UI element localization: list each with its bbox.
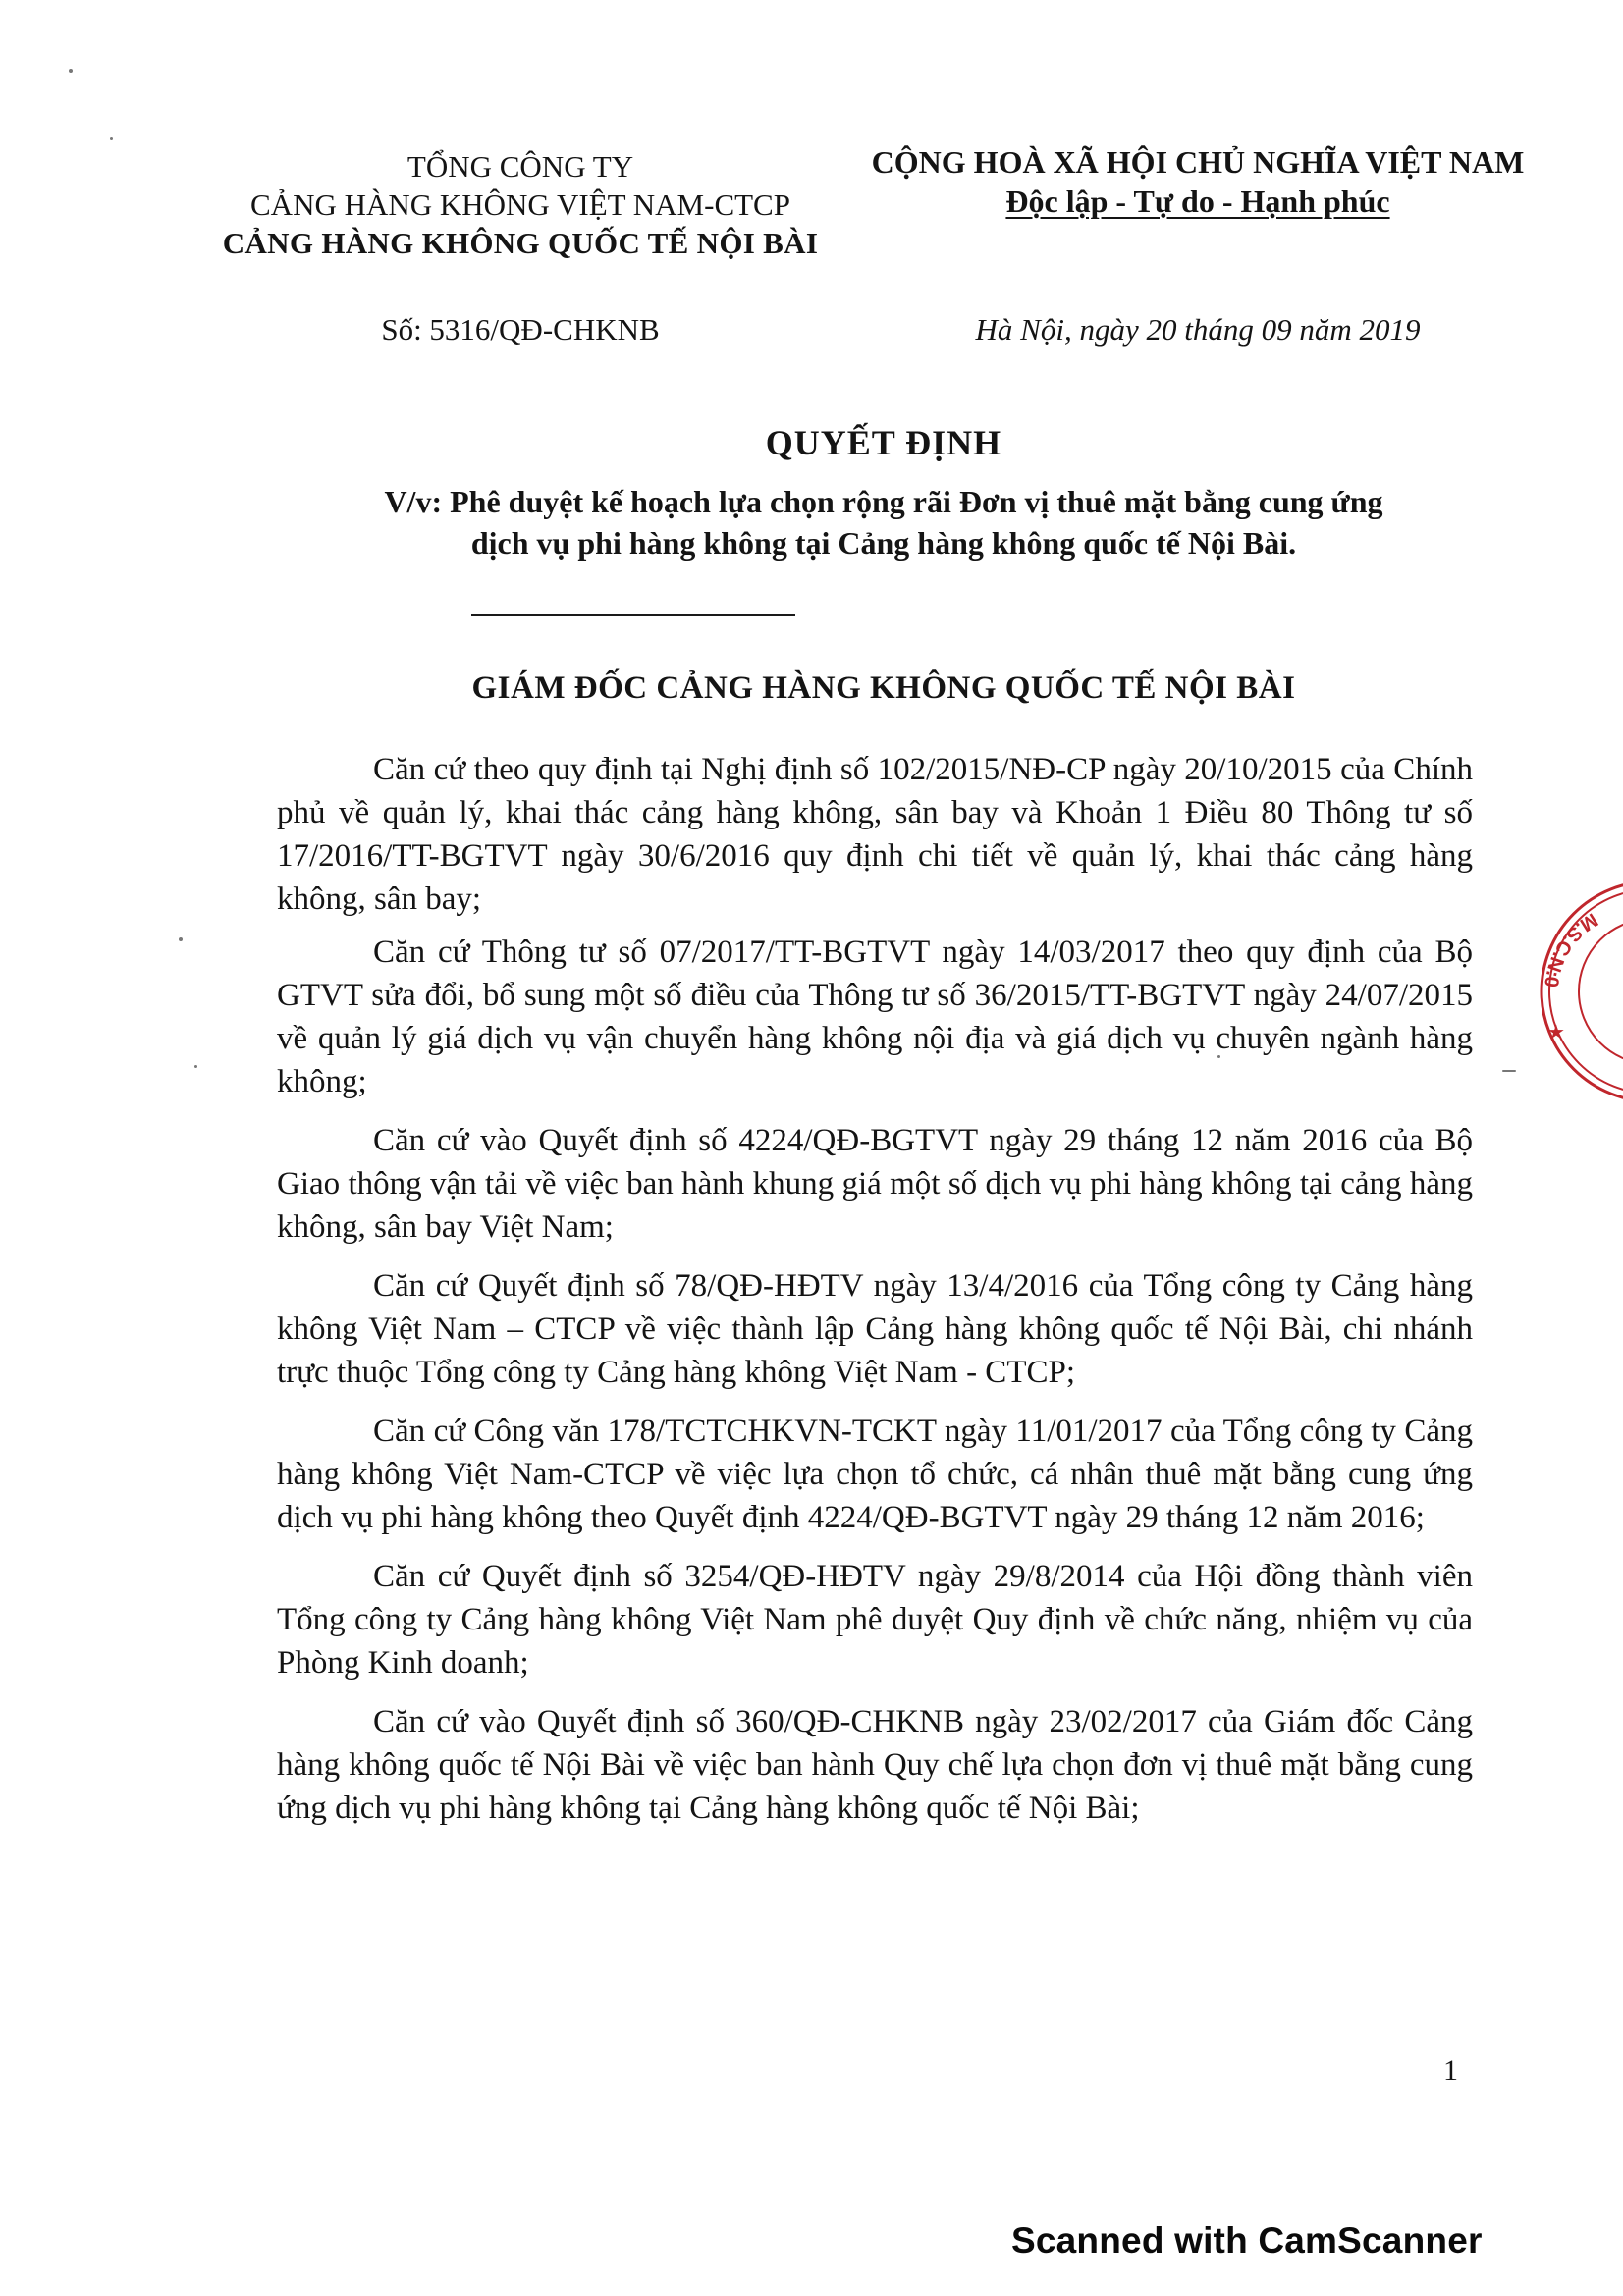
issuing-unit: CẢNG HÀNG KHÔNG QUỐC TẾ NỘI BÀI bbox=[177, 224, 864, 262]
scan-speck bbox=[69, 69, 73, 73]
national-motto: Độc lập - Tự do - Hạnh phúc bbox=[1005, 184, 1389, 219]
scan-speck bbox=[110, 137, 113, 140]
separator-rule bbox=[471, 614, 795, 616]
legal-basis-paragraph: Căn cứ Quyết định số 78/QĐ-HĐTV ngày 13/… bbox=[277, 1264, 1473, 1394]
scan-speck bbox=[194, 1065, 197, 1068]
document-title: QUYẾT ĐỊNH bbox=[295, 422, 1473, 463]
issuing-organization: TỔNG CÔNG TY CẢNG HÀNG KHÔNG VIỆT NAM-CT… bbox=[177, 147, 864, 262]
issuer-heading: GIÁM ĐỐC CẢNG HÀNG KHÔNG QUỐC TẾ NỘI BÀI bbox=[295, 670, 1473, 707]
national-header: CỘNG HOÀ XÃ HỘI CHỦ NGHĨA VIỆT NAM Độc l… bbox=[844, 142, 1551, 221]
legal-basis-paragraph: Căn cứ Quyết định số 3254/QĐ-HĐTV ngày 2… bbox=[277, 1555, 1473, 1684]
scan-speck bbox=[1502, 1070, 1516, 1072]
legal-basis-paragraph: Căn cứ vào Quyết định số 4224/QĐ-BGTVT n… bbox=[277, 1119, 1473, 1249]
page-number: 1 bbox=[1443, 2055, 1458, 2088]
scan-speck bbox=[1217, 1055, 1220, 1058]
legal-basis-paragraph: Căn cứ Thông tư số 07/2017/TT-BGTVT ngày… bbox=[277, 931, 1473, 1103]
camscanner-watermark: Scanned with CamScanner bbox=[1011, 2220, 1483, 2262]
scan-speck bbox=[179, 937, 183, 941]
subject-line: dịch vụ phi hàng không tại Cảng hàng khô… bbox=[295, 522, 1473, 563]
svg-text:★: ★ bbox=[1547, 1020, 1565, 1043]
document-number: Số: 5316/QĐ-CHKNB bbox=[177, 312, 864, 347]
nation-name: CỘNG HOÀ XÃ HỘI CHỦ NGHĨA VIỆT NAM bbox=[844, 142, 1551, 182]
place-and-date: Hà Nội, ngày 20 tháng 09 năm 2019 bbox=[844, 312, 1551, 347]
parent-org-line-1: TỔNG CÔNG TY bbox=[177, 147, 864, 186]
legal-basis-body: Căn cứ theo quy định tại Nghị định số 10… bbox=[277, 748, 1473, 1840]
legal-basis-paragraph: Căn cứ theo quy định tại Nghị định số 10… bbox=[277, 748, 1473, 921]
subject-line: V/v: Phê duyệt kế hoạch lựa chọn rộng rã… bbox=[295, 481, 1473, 522]
legal-basis-paragraph: Căn cứ vào Quyết định số 360/QĐ-CHKNB ng… bbox=[277, 1700, 1473, 1830]
red-seal-stamp: M.S.C.N:0 ★ bbox=[1534, 874, 1623, 1109]
legal-basis-paragraph: Căn cứ Công văn 178/TCTCHKVN-TCKT ngày 1… bbox=[277, 1410, 1473, 1539]
document-subject: V/v: Phê duyệt kế hoạch lựa chọn rộng rã… bbox=[295, 481, 1473, 563]
parent-org-line-2: CẢNG HÀNG KHÔNG VIỆT NAM-CTCP bbox=[177, 186, 864, 224]
